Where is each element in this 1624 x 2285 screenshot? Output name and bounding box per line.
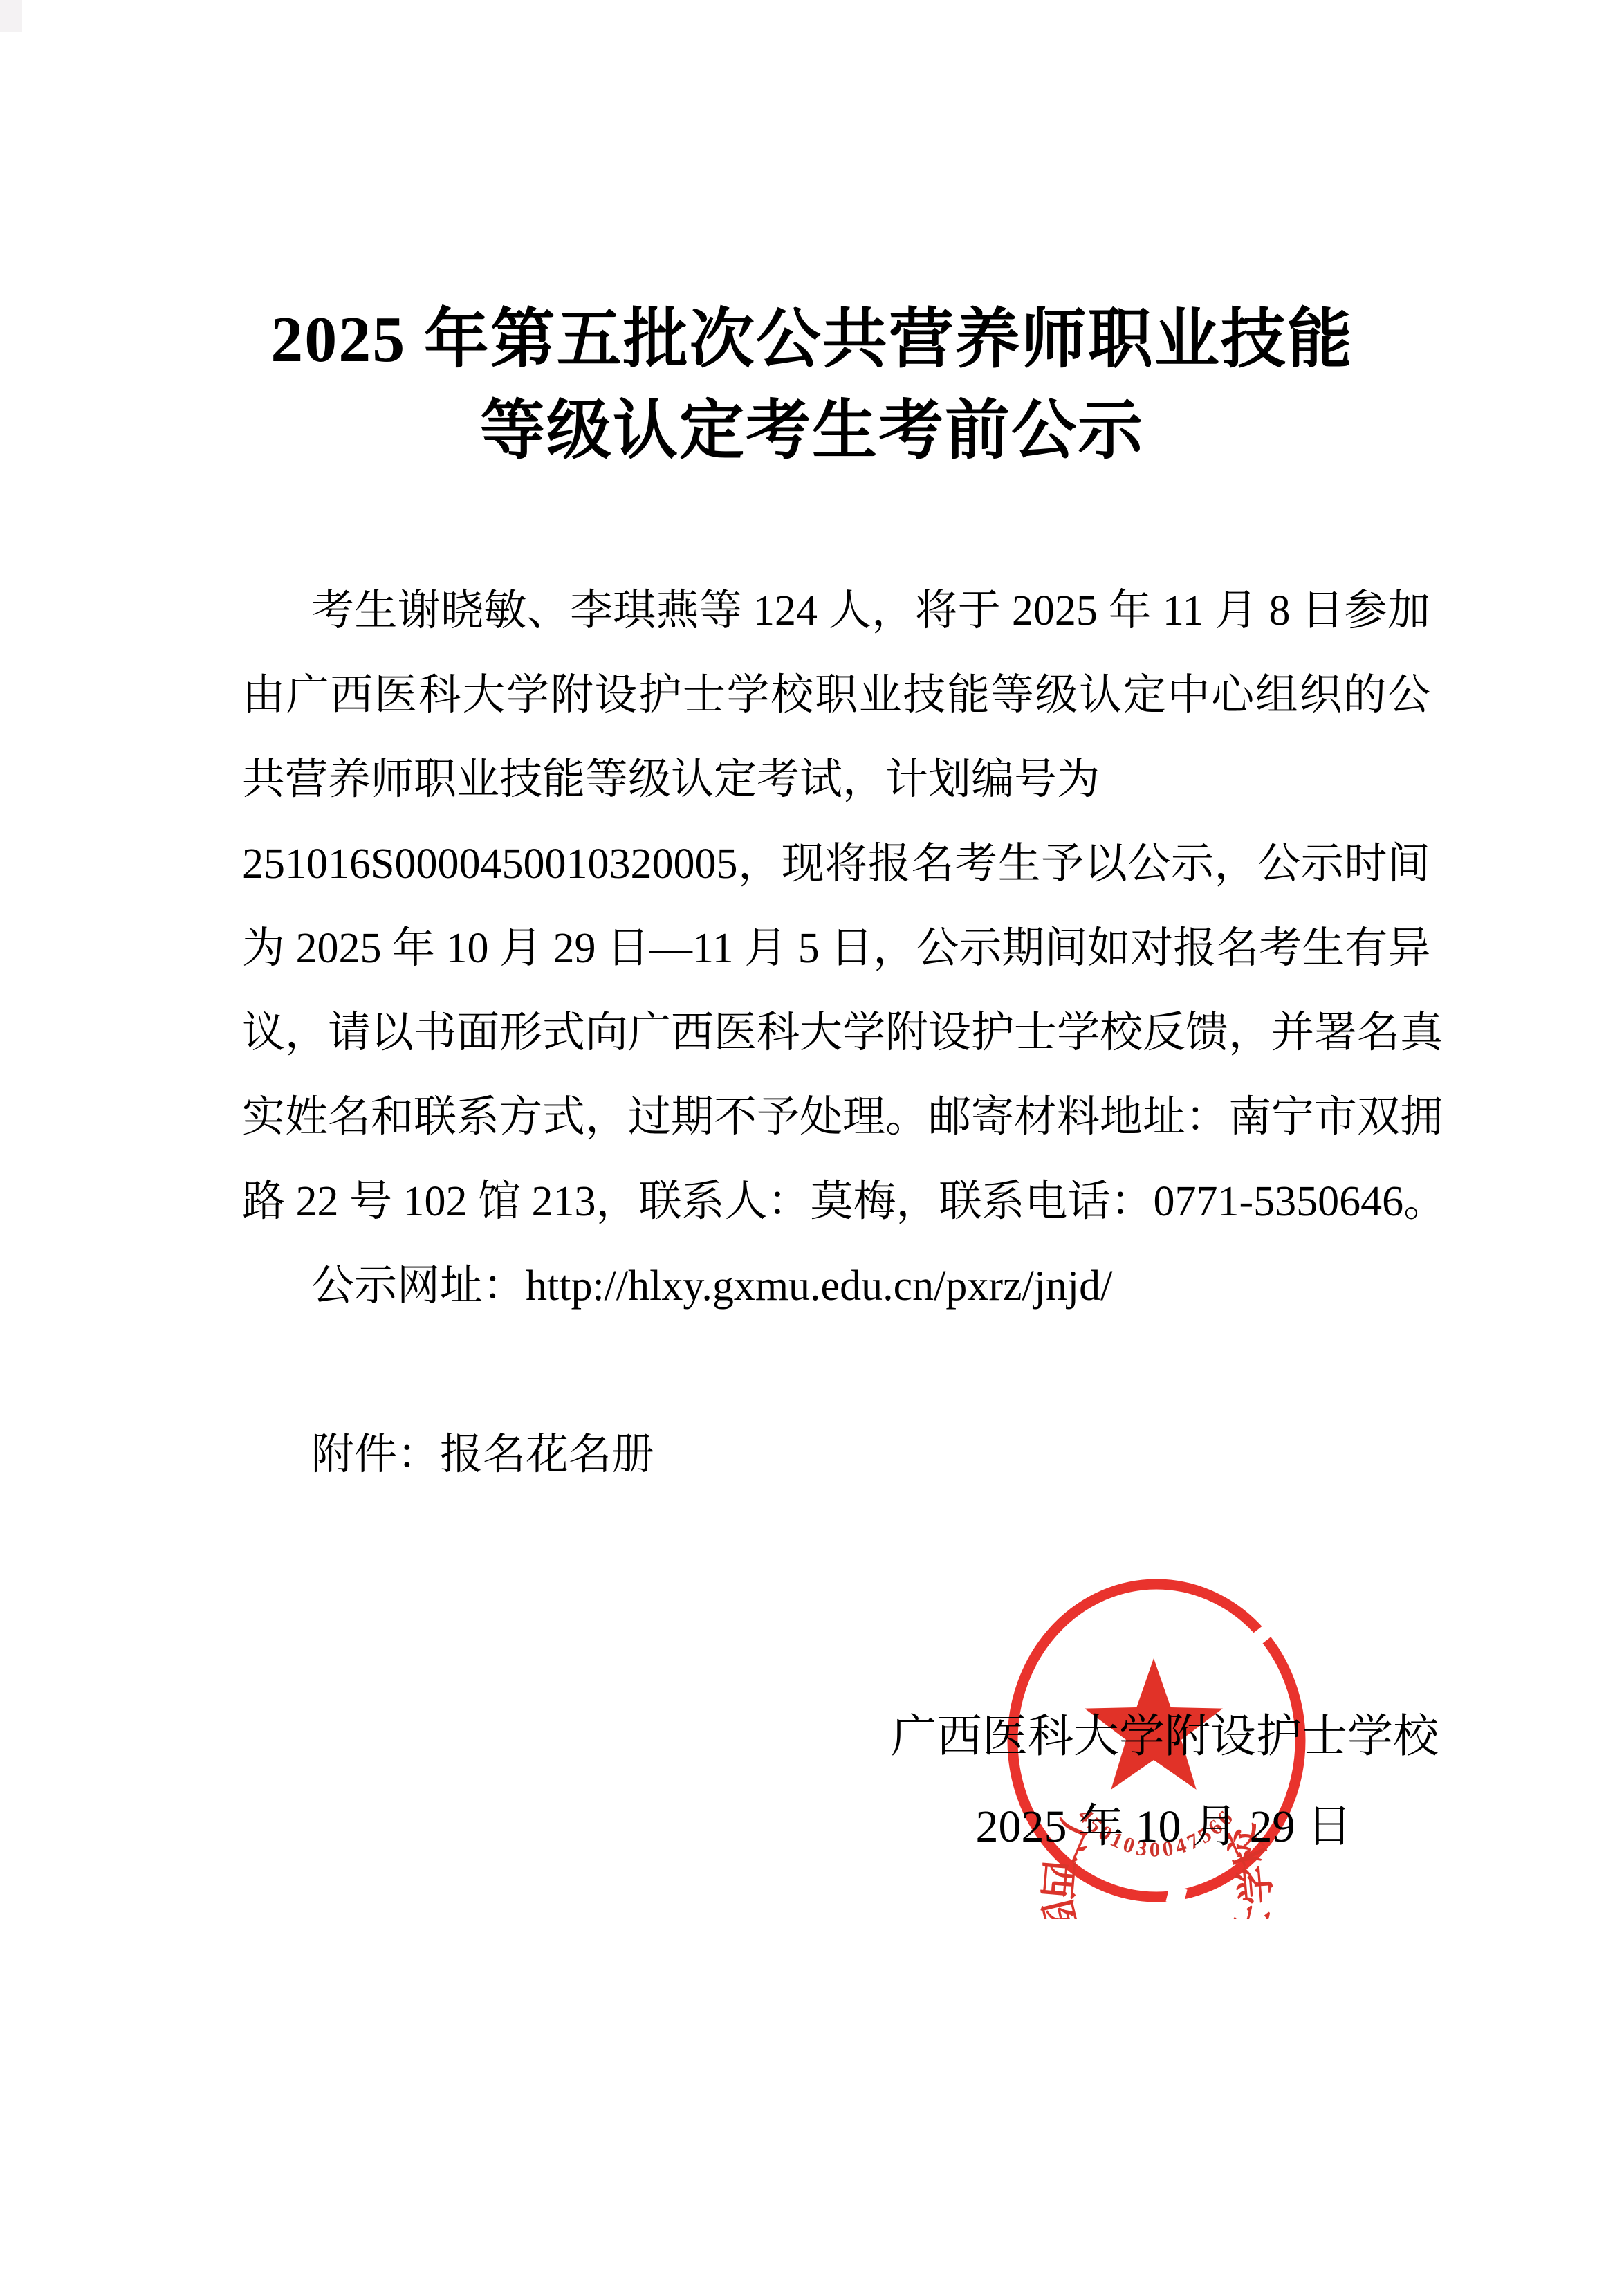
title-line-2: 等级认定考生考前公示 [0,385,1624,477]
body-paragraph: 考生谢晓敏、李琪燕等 124 人，将于 2025 年 11 月 8 日参加 由广… [242,569,1430,1328]
seal-ring-text: 广西医科大学附设护士学校 [1033,1814,1280,1919]
page-title: 2025 年第五批次公共营养师职业技能 等级认定考生考前公示 [0,294,1624,477]
body-line: 议，请以书面形式向广西医科大学附设护士学校反馈，并署名真 [242,991,1430,1075]
seal-ring-break [1165,1885,1187,1906]
announcement-url-line: 公示网址：http://hlxy.gxmu.edu.cn/pxrz/jnjd/ [242,1244,1430,1328]
body-line: 由广西医科大学附设护士学校职业技能等级认定中心组织的公 [242,653,1430,737]
announcement-page: 2025 年第五批次公共营养师职业技能 等级认定考生考前公示 考生谢晓敏、李琪燕… [0,0,1624,2285]
body-line: 路 22 号 102 馆 213，联系人：莫梅，联系电话：0771-535064… [242,1159,1430,1244]
seal-star-icon [1085,1658,1223,1790]
seal-code: 4501030047566 [1073,1804,1239,1862]
attachment-line: 附件：报名花名册 [242,1413,1430,1497]
body-line: 考生谢晓敏、李琪燕等 124 人，将于 2025 年 11 月 8 日参加 [242,569,1430,653]
body-line: 实姓名和联系方式，过期不予处理。邮寄材料地址：南宁市双拥 [242,1075,1430,1159]
body-line: 共营养师职业技能等级认定考试，计划编号为 [242,737,1430,822]
scan-corner-artifact [0,0,22,32]
official-seal-stamp: 广西医科大学附设护士学校 4501030047566 [996,1565,1321,1919]
title-line-1: 2025 年第五批次公共营养师职业技能 [0,294,1624,385]
body-line: 251016S0000450010320005，现将报名考生予以公示，公示时间 [242,822,1430,906]
body-line: 为 2025 年 10 月 29 日—11 月 5 日，公示期间如对报名考生有异 [242,906,1430,991]
